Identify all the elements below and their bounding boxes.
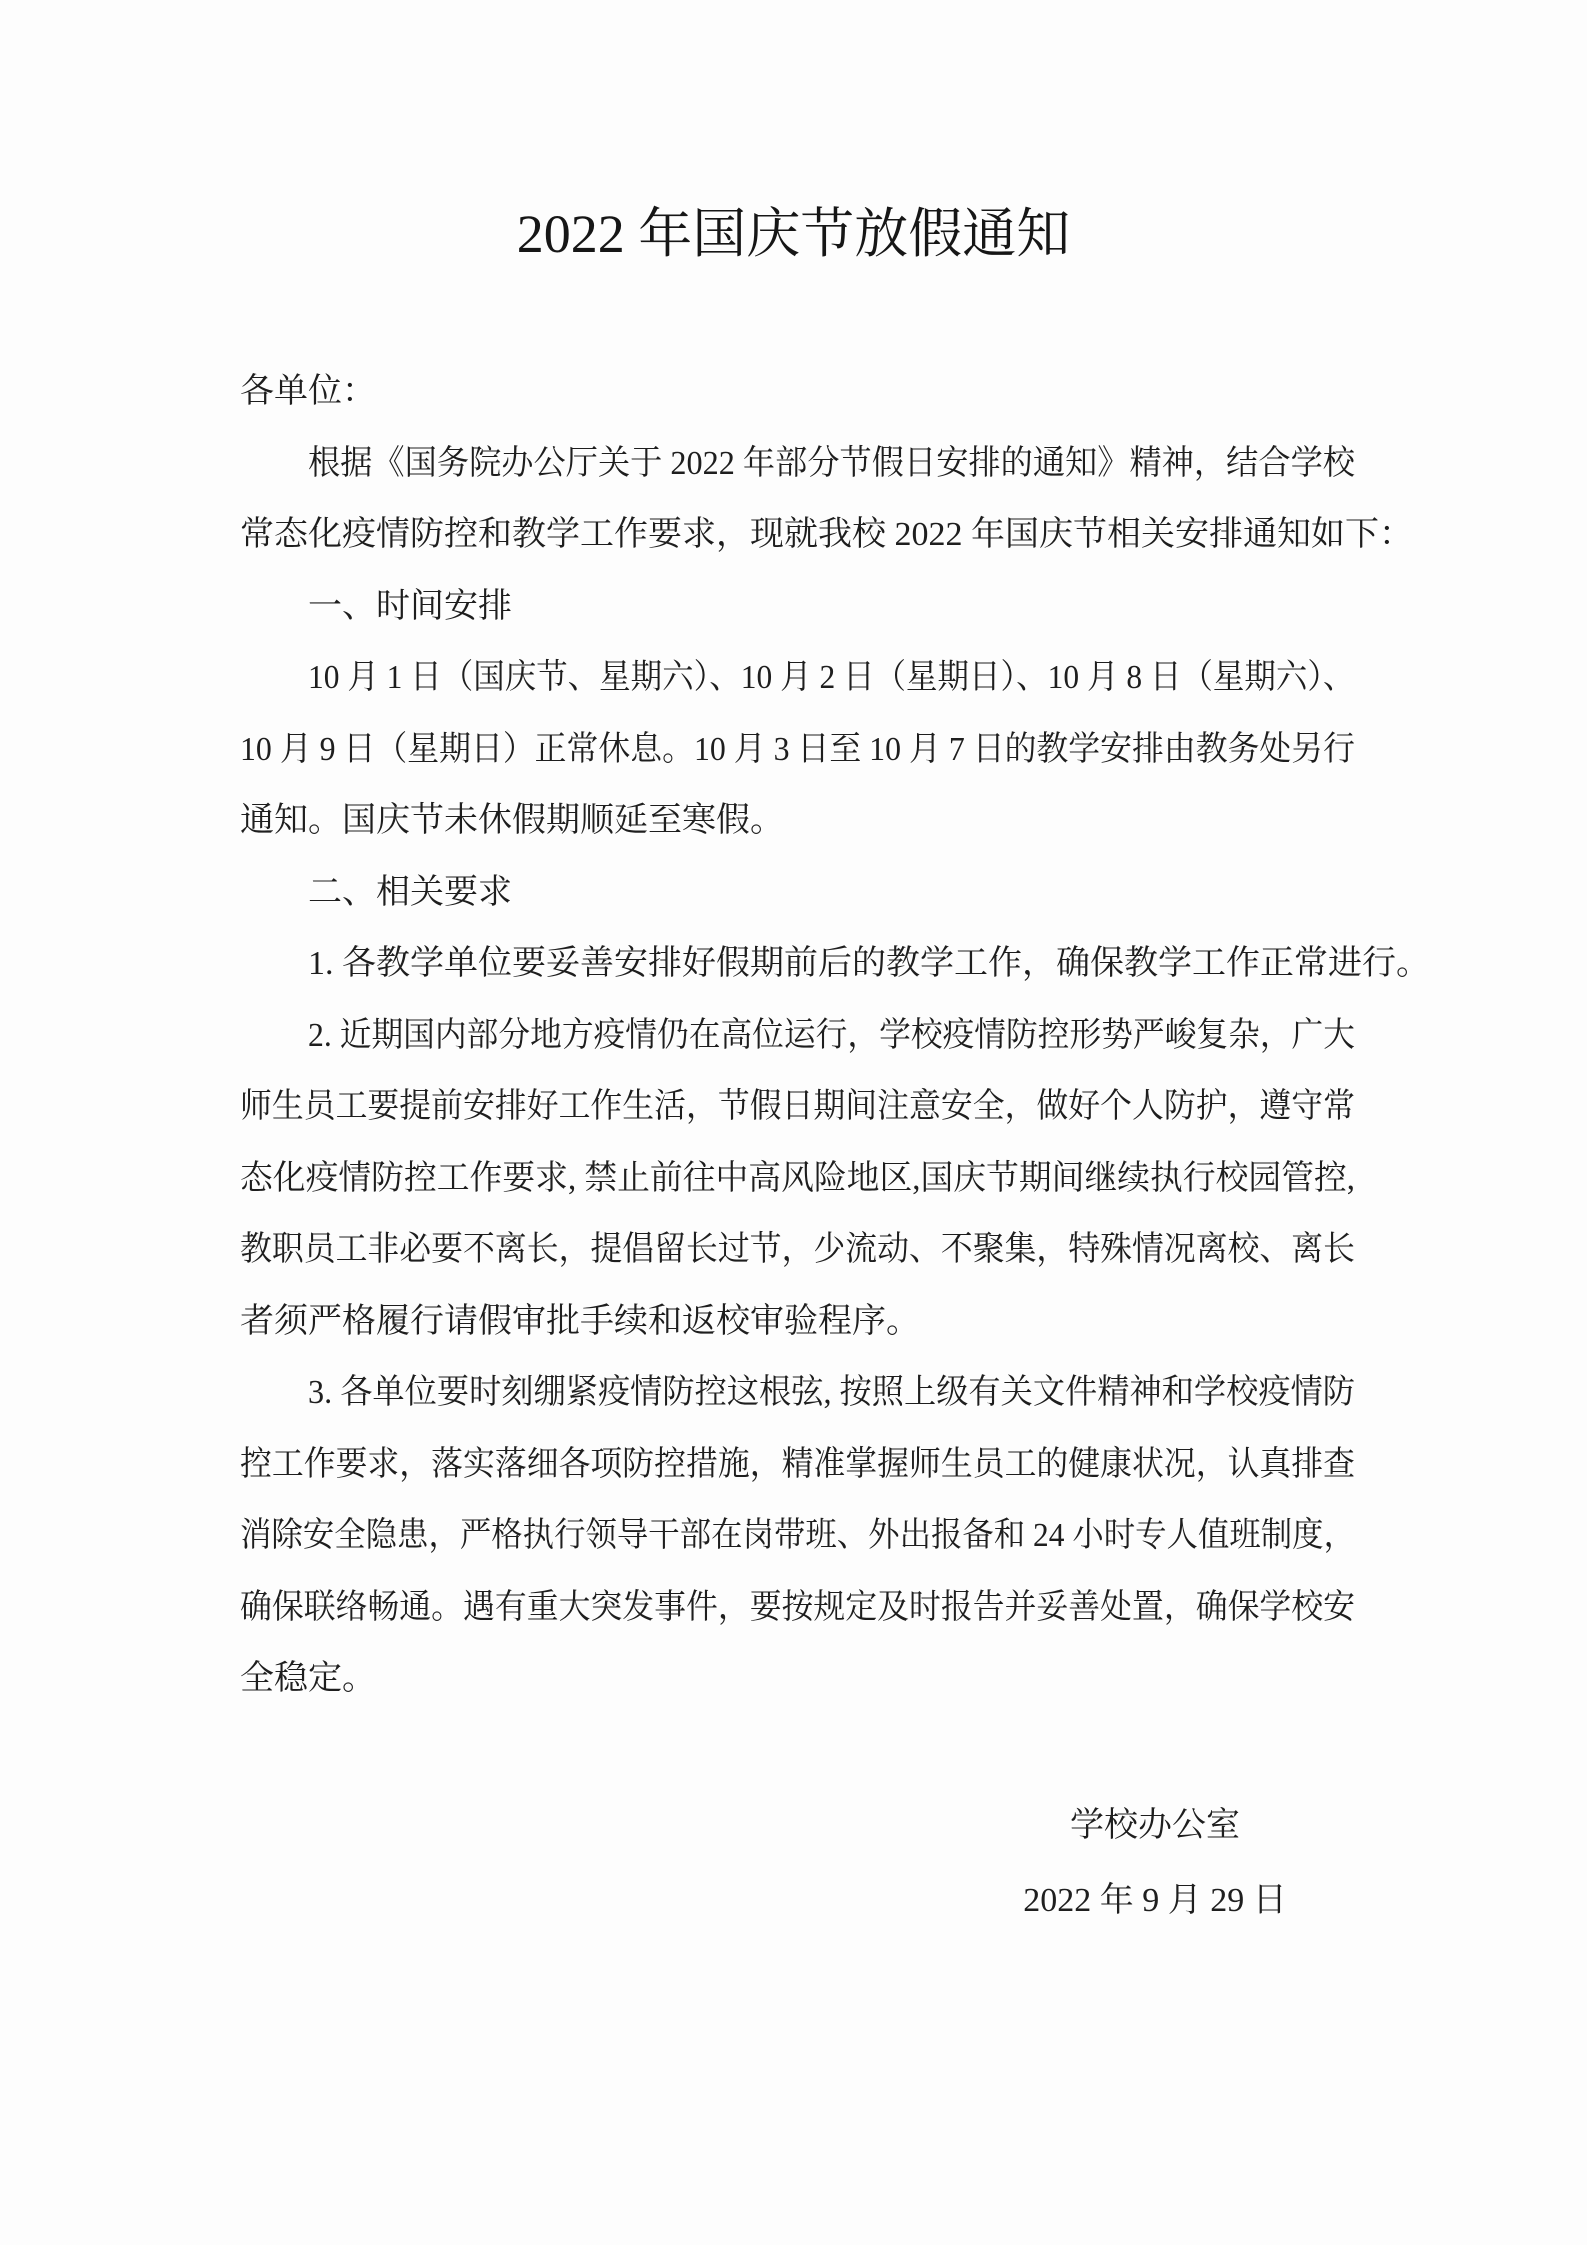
signature-block: 学校办公室 2022 年 9 月 29 日	[955, 1788, 1355, 1938]
body-line-text: 二、相关要求	[308, 857, 512, 929]
body-line-text: 者须严格履行请假审批手续和返校审验程序。	[240, 1286, 920, 1358]
body-line-text: 10 月 9 日（星期日）正常休息。10 月 3 日至 10 月 7 日的教学安…	[240, 714, 1355, 786]
body-line-text: 确保联络畅通。遇有重大突发事件，要按规定及时报告并妥善处置，确保学校安	[240, 1572, 1355, 1644]
body-line: 通知。国庆节未休假期顺延至寒假。	[240, 785, 1355, 857]
body-line-text: 全稳定。	[240, 1643, 376, 1715]
notice-document: 2022 年国庆节放假通知 各单位： 根据《国务院办公厅关于 2022 年部分节…	[0, 0, 1587, 2245]
body-line-text: 10 月 1 日（国庆节、星期六）、10 月 2 日（星期日）、10 月 8 日…	[308, 642, 1355, 714]
body-line-text: 师生员工要提前安排好工作生活，节假日期间注意安全，做好个人防护，遵守常	[240, 1071, 1355, 1143]
signature-date: 2022 年 9 月 29 日	[955, 1863, 1355, 1938]
body-line-text: 2. 近期国内部分地方疫情仍在高位运行，学校疫情防控形势严峻复杂，广大	[308, 1000, 1355, 1072]
body-line-text: 通知。国庆节未休假期顺延至寒假。	[240, 785, 784, 857]
signature-org: 学校办公室	[955, 1788, 1355, 1863]
body-line-text: 1. 各教学单位要妥善安排好假期前后的教学工作，确保教学工作正常进行。	[308, 928, 1430, 1000]
body-line: 二、相关要求	[240, 857, 1355, 929]
body-line-text: 根据《国务院办公厅关于 2022 年部分节假日安排的通知》精神，结合学校	[308, 428, 1355, 500]
document-title: 2022 年国庆节放假通知	[0, 0, 1587, 269]
body-line: 教职员工非必要不离长，提倡留长过节，少流动、不聚集，特殊情况离校、离长	[240, 1214, 1355, 1286]
body-line: 一、时间安排	[240, 571, 1355, 643]
body-line-text: 一、时间安排	[308, 571, 512, 643]
body-line: 3. 各单位要时刻绷紧疫情防控这根弦, 按照上级有关文件精神和学校疫情防	[240, 1357, 1355, 1429]
body-line: 根据《国务院办公厅关于 2022 年部分节假日安排的通知》精神，结合学校	[240, 428, 1355, 500]
body-line: 态化疫情防控工作要求, 禁止前往中高风险地区,国庆节期间继续执行校园管控,	[240, 1143, 1355, 1215]
salutation-text: 各单位：	[240, 356, 376, 428]
body-line: 全稳定。	[240, 1643, 1355, 1715]
body-lines: 根据《国务院办公厅关于 2022 年部分节假日安排的通知》精神，结合学校常态化疫…	[240, 428, 1355, 1715]
body-line-text: 态化疫情防控工作要求, 禁止前往中高风险地区,国庆节期间继续执行校园管控,	[240, 1143, 1355, 1215]
body-line: 10 月 9 日（星期日）正常休息。10 月 3 日至 10 月 7 日的教学安…	[240, 714, 1355, 786]
body-line-text: 常态化疫情防控和教学工作要求，现就我校 2022 年国庆节相关安排通知如下：	[240, 499, 1413, 571]
body-line-text: 3. 各单位要时刻绷紧疫情防控这根弦, 按照上级有关文件精神和学校疫情防	[308, 1357, 1355, 1429]
body-line-text: 消除安全隐患，严格执行领导干部在岗带班、外出报备和 24 小时专人值班制度，	[240, 1500, 1355, 1572]
body-line: 1. 各教学单位要妥善安排好假期前后的教学工作，确保教学工作正常进行。	[240, 928, 1355, 1000]
body-line: 确保联络畅通。遇有重大突发事件，要按规定及时报告并妥善处置，确保学校安	[240, 1572, 1355, 1644]
body-line: 者须严格履行请假审批手续和返校审验程序。	[240, 1286, 1355, 1358]
body-line: 消除安全隐患，严格执行领导干部在岗带班、外出报备和 24 小时专人值班制度，	[240, 1500, 1355, 1572]
body-line: 控工作要求，落实落细各项防控措施，精准掌握师生员工的健康状况，认真排查	[240, 1429, 1355, 1501]
salutation-line: 各单位：	[240, 356, 1355, 428]
body-line-text: 控工作要求，落实落细各项防控措施，精准掌握师生员工的健康状况，认真排查	[240, 1429, 1355, 1501]
body-line: 2. 近期国内部分地方疫情仍在高位运行，学校疫情防控形势严峻复杂，广大	[240, 1000, 1355, 1072]
document-body: 各单位： 根据《国务院办公厅关于 2022 年部分节假日安排的通知》精神，结合学…	[0, 356, 1587, 1938]
body-line: 10 月 1 日（国庆节、星期六）、10 月 2 日（星期日）、10 月 8 日…	[240, 642, 1355, 714]
body-line: 常态化疫情防控和教学工作要求，现就我校 2022 年国庆节相关安排通知如下：	[240, 499, 1355, 571]
body-line-text: 教职员工非必要不离长，提倡留长过节，少流动、不聚集，特殊情况离校、离长	[240, 1214, 1355, 1286]
body-line: 师生员工要提前安排好工作生活，节假日期间注意安全，做好个人防护，遵守常	[240, 1071, 1355, 1143]
